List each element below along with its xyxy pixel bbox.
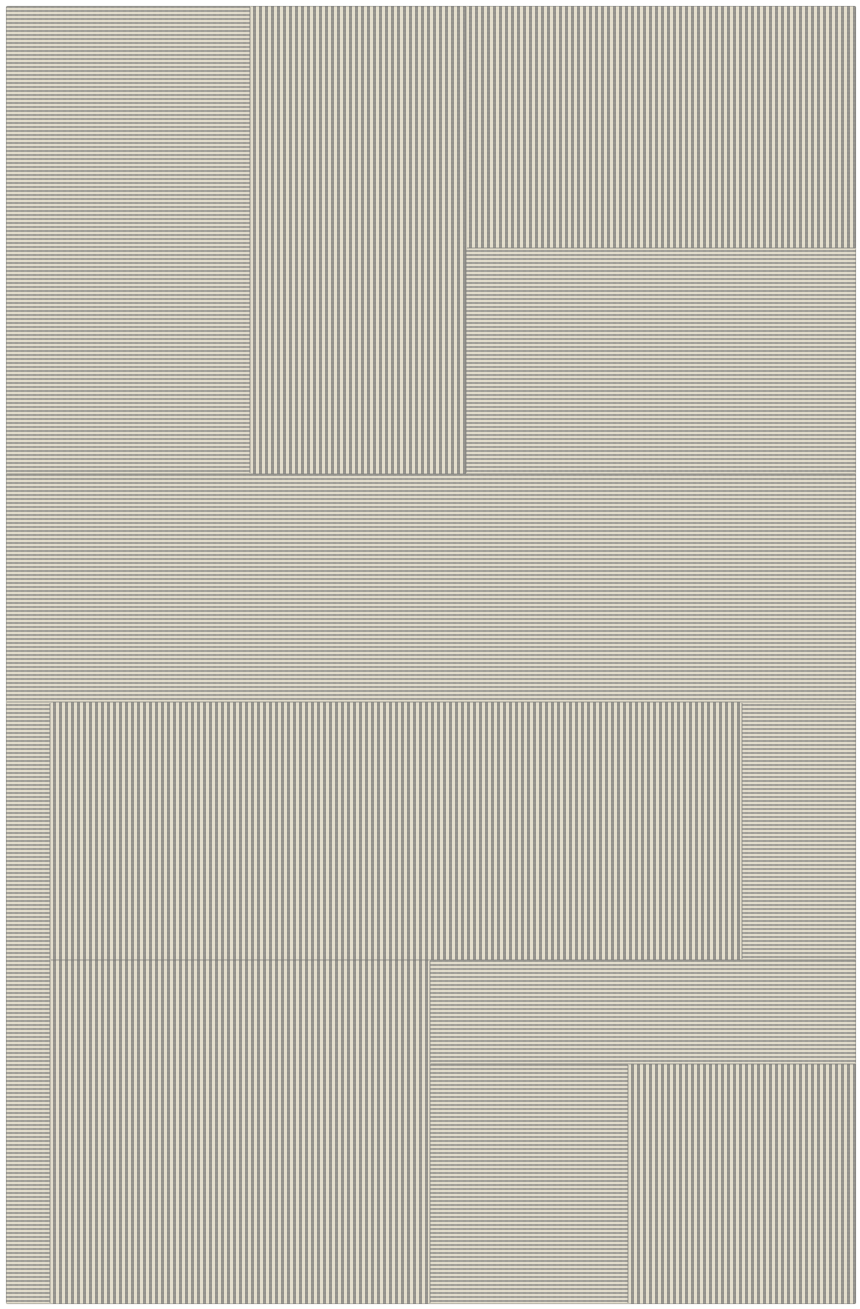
rug-block-bottom-center <box>430 1064 628 1304</box>
rug-block-right-strip <box>742 702 856 960</box>
rug-block-lower-left-column <box>50 960 430 1304</box>
rug-block-top-left <box>6 6 250 474</box>
rug-block-bottom-right <box>628 1064 856 1304</box>
rug-block-left-strip <box>6 702 50 1304</box>
rug <box>6 6 856 1304</box>
rug-block-top-right-lower <box>466 248 856 474</box>
rug-block-lower-left-large <box>50 702 742 960</box>
rug-block-middle-band <box>6 474 856 702</box>
rug-block-top-right-upper <box>466 6 856 248</box>
rug-block-lower-right-band <box>430 960 856 1064</box>
rug-block-top-center <box>250 6 466 474</box>
